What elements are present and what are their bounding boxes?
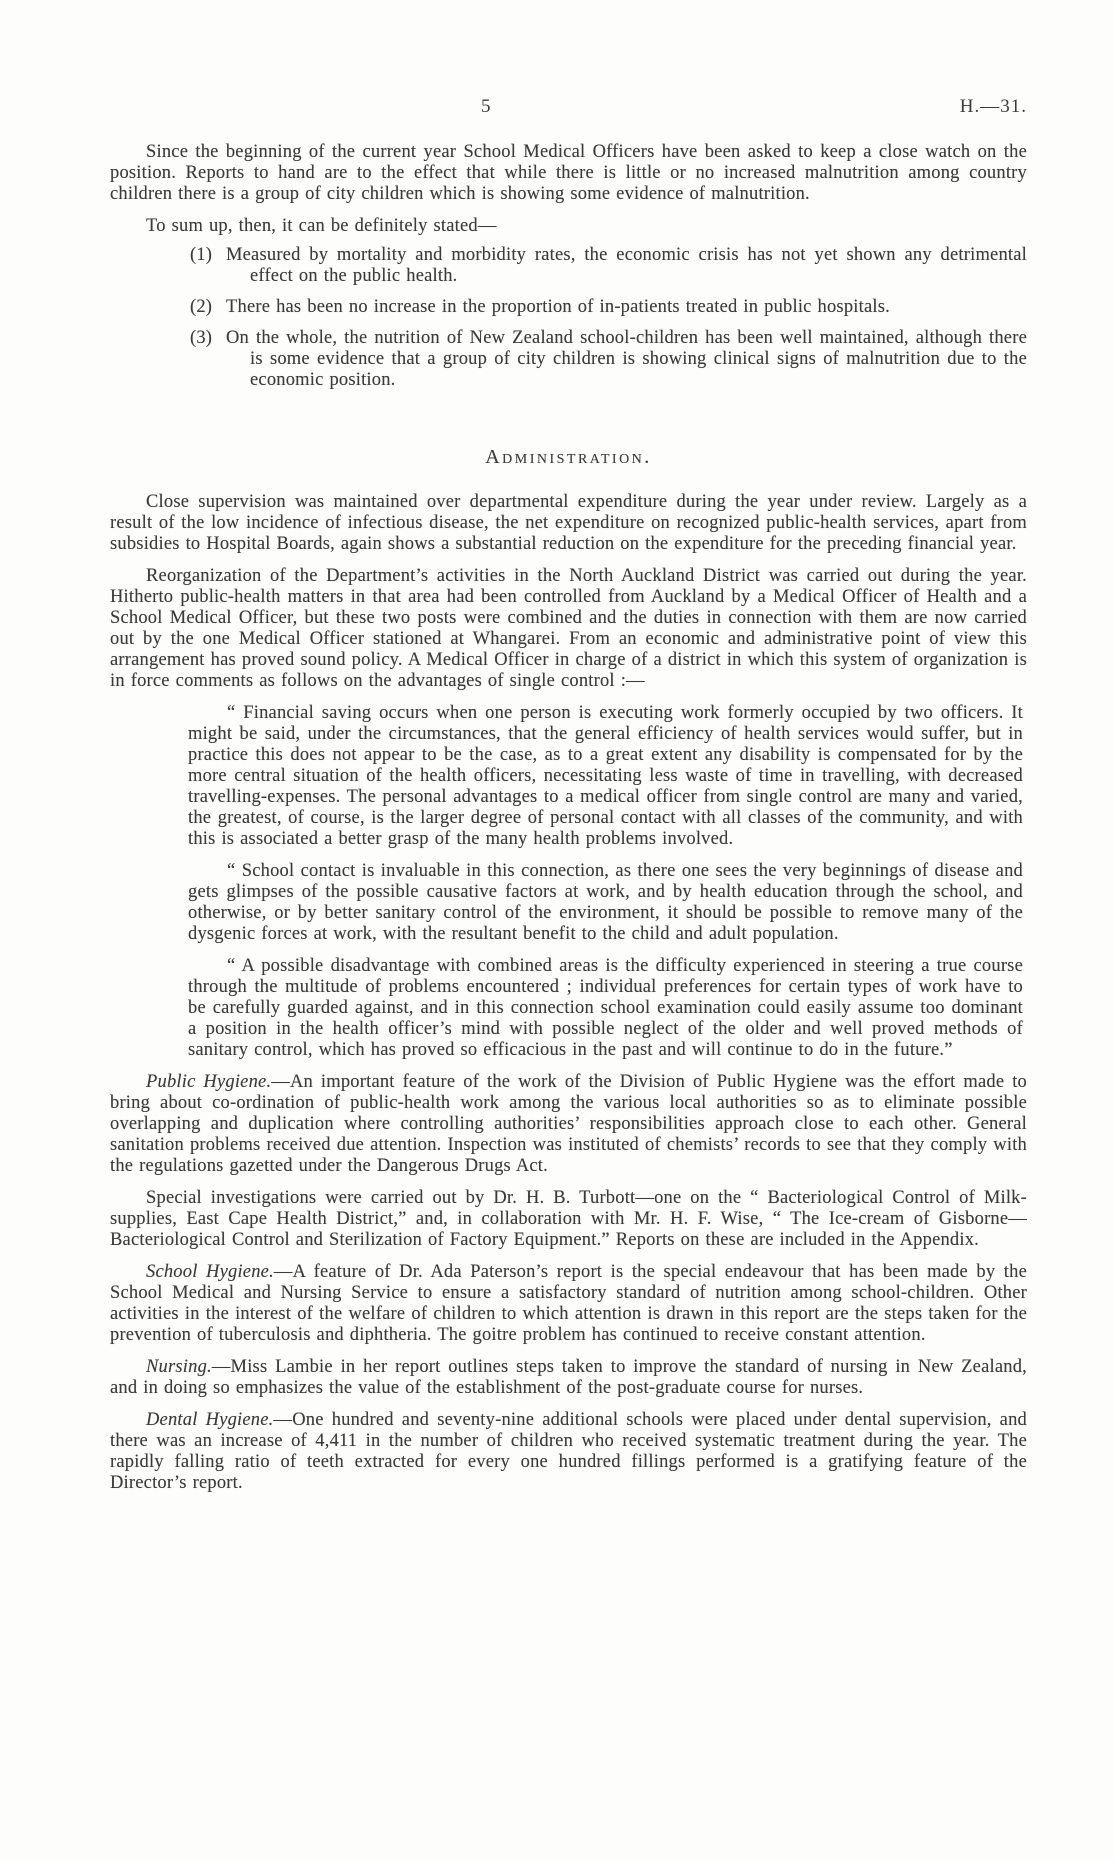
item-number: (1) bbox=[190, 245, 226, 266]
page-header: 5 H.—31. bbox=[0, 96, 1114, 122]
paragraph-summary-lead: To sum up, then, it can be definitely st… bbox=[110, 216, 1027, 237]
item-number: (2) bbox=[190, 297, 226, 318]
paragraph-nutrition-watch: Since the beginning of the current year … bbox=[110, 142, 1027, 205]
quote-financial-saving: “ Financial saving occurs when one perso… bbox=[188, 703, 1023, 850]
item-text: Measured by mortality and morbidity rate… bbox=[226, 245, 1027, 286]
topic-text: Special investigations were carried out … bbox=[110, 1188, 1027, 1250]
paragraph-dental-hygiene: Dental Hygiene.—One hundred and seventy-… bbox=[110, 1410, 1027, 1494]
paragraph-expenditure: Close supervision was maintained over de… bbox=[110, 492, 1027, 555]
item-text: There has been no increase in the propor… bbox=[226, 297, 890, 317]
topic-lead: Public Hygiene. bbox=[146, 1072, 271, 1092]
paragraph-reorganization: Reorganization of the Department’s activ… bbox=[110, 566, 1027, 692]
section-heading-administration: Administration. bbox=[110, 447, 1027, 468]
findings-list: (1)Measured by mortality and morbidity r… bbox=[110, 245, 1027, 391]
paragraph-nursing: Nursing.—Miss Lambie in her report outli… bbox=[110, 1357, 1027, 1399]
item-number: (3) bbox=[190, 328, 226, 349]
paragraph-school-hygiene: School Hygiene.—A feature of Dr. Ada Pat… bbox=[110, 1262, 1027, 1346]
topic-text: —Miss Lambie in her report outlines step… bbox=[110, 1357, 1027, 1398]
page-number: 5 bbox=[481, 96, 491, 118]
list-item: (1)Measured by mortality and morbidity r… bbox=[250, 245, 1027, 287]
paragraph-special-investigations: Special investigations were carried out … bbox=[110, 1188, 1027, 1251]
quote-school-contact: “ School contact is invaluable in this c… bbox=[188, 861, 1023, 945]
quote-possible-disadvantage: “ A possible disadvantage with combined … bbox=[188, 956, 1023, 1061]
topic-lead: Dental Hygiene. bbox=[146, 1410, 274, 1430]
paragraph-public-hygiene: Public Hygiene.—An important feature of … bbox=[110, 1072, 1027, 1177]
list-item: (2)There has been no increase in the pro… bbox=[250, 297, 1027, 318]
item-text: On the whole, the nutrition of New Zeala… bbox=[226, 328, 1027, 390]
list-item: (3)On the whole, the nutrition of New Ze… bbox=[250, 328, 1027, 391]
topic-lead: School Hygiene. bbox=[146, 1262, 274, 1282]
paper-reference: H.—31. bbox=[960, 96, 1027, 118]
topic-lead: Nursing. bbox=[146, 1357, 212, 1377]
document-page: 5 H.—31. Since the beginning of the curr… bbox=[0, 0, 1114, 1861]
document-body: Since the beginning of the current year … bbox=[110, 142, 1027, 1505]
